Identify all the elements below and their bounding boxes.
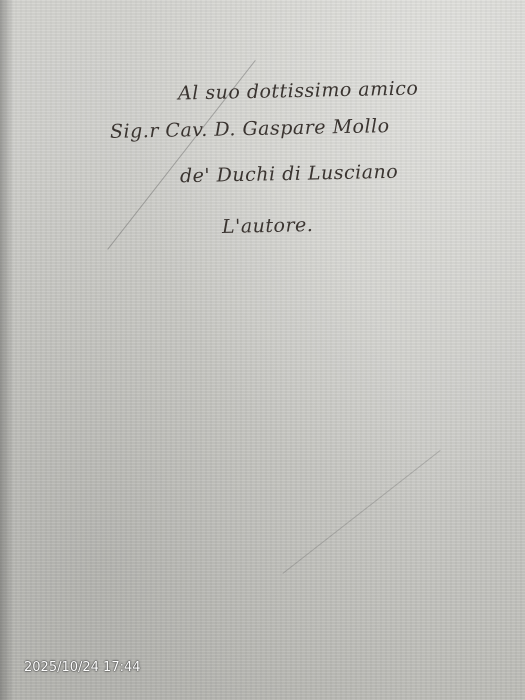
- photo-timestamp: 2025/10/24 17:44: [24, 660, 141, 675]
- paper-photo: Al suo dottissimo amico Sig.r Cav. D. Ga…: [0, 0, 525, 700]
- inscription-signature: L'autore.: [222, 214, 314, 238]
- page-edge-shadow: [0, 0, 14, 700]
- paper-texture: [0, 0, 525, 700]
- inscription-line-3: de' Duchi di Lusciano: [180, 161, 399, 188]
